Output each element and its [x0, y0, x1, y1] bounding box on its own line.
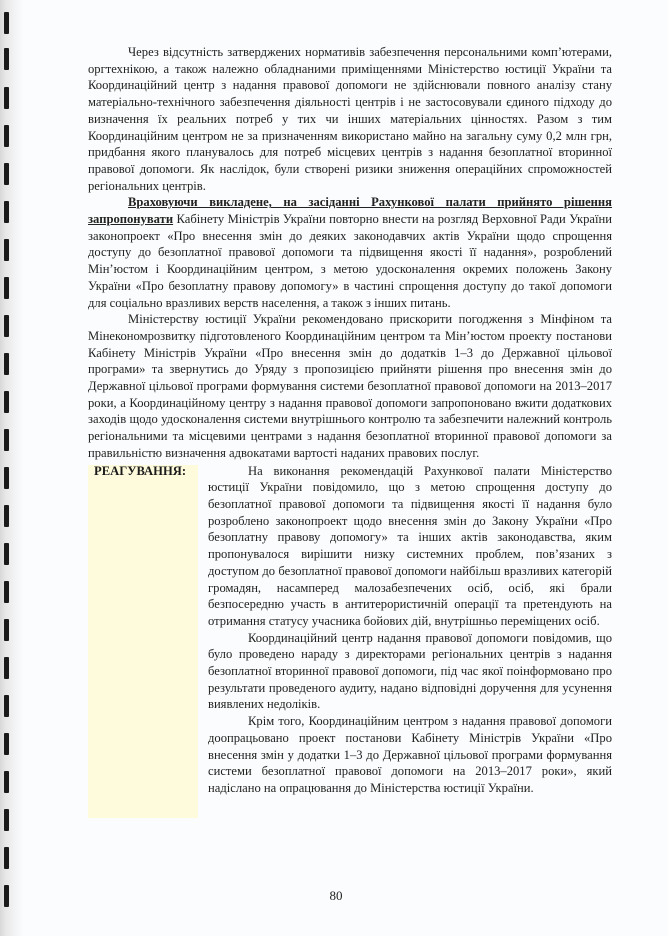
- reaction-label: РЕАГУВАННЯ:: [94, 463, 186, 480]
- binding-ring-icon: [4, 771, 9, 793]
- reaction-body: На виконання рекомендацій Рахункової пал…: [208, 463, 612, 797]
- document-page: Через відсутність затверджених нормативі…: [88, 44, 612, 797]
- binding-ring-icon: [4, 657, 9, 679]
- reaction-paragraph-additional: Крім того, Координаційним центром з нада…: [208, 713, 612, 797]
- binding-ring-icon: [4, 353, 9, 375]
- binding-ring-icon: [4, 391, 9, 413]
- binding-ring-icon: [4, 695, 9, 717]
- binding-ring-icon: [4, 125, 9, 147]
- binding-ring-icon: [4, 201, 9, 223]
- binding-ring-icon: [4, 733, 9, 755]
- paragraph-equipment-analysis: Через відсутність затверджених нормативі…: [88, 44, 612, 194]
- binding-ring-icon: [4, 429, 9, 451]
- binding-ring-icon: [4, 87, 9, 109]
- binding-ring-icon: [4, 48, 9, 70]
- binding-ring-icon: [4, 277, 9, 299]
- reaction-paragraph-center: Координаційний центр надання правової до…: [208, 630, 612, 714]
- spiral-binding-edge: [0, 0, 24, 936]
- binding-ring-icon: [4, 809, 9, 831]
- reaction-highlight: [88, 465, 198, 818]
- binding-ring-icon: [4, 505, 9, 527]
- binding-ring-icon: [4, 847, 9, 869]
- binding-ring-icon: [4, 467, 9, 489]
- binding-ring-icon: [4, 315, 9, 337]
- reaction-section: РЕАГУВАННЯ: На виконання рекомендацій Ра…: [88, 463, 612, 797]
- paragraph-recommendation: Міністерству юстиції України рекомендова…: [88, 311, 612, 461]
- binding-ring-icon: [4, 163, 9, 185]
- binding-ring-icon: [4, 12, 9, 34]
- page-number: 80: [2, 888, 668, 904]
- binding-ring-icon: [4, 581, 9, 603]
- reaction-paragraph-ministry: На виконання рекомендацій Рахункової пал…: [208, 463, 612, 630]
- binding-ring-icon: [4, 619, 9, 641]
- decision-text: Кабінету Міністрів України повторно внес…: [88, 212, 612, 310]
- binding-ring-icon: [4, 543, 9, 565]
- binding-ring-icon: [4, 239, 9, 261]
- paragraph-decision: Враховуючи викладене, на засіданні Рахун…: [88, 194, 612, 311]
